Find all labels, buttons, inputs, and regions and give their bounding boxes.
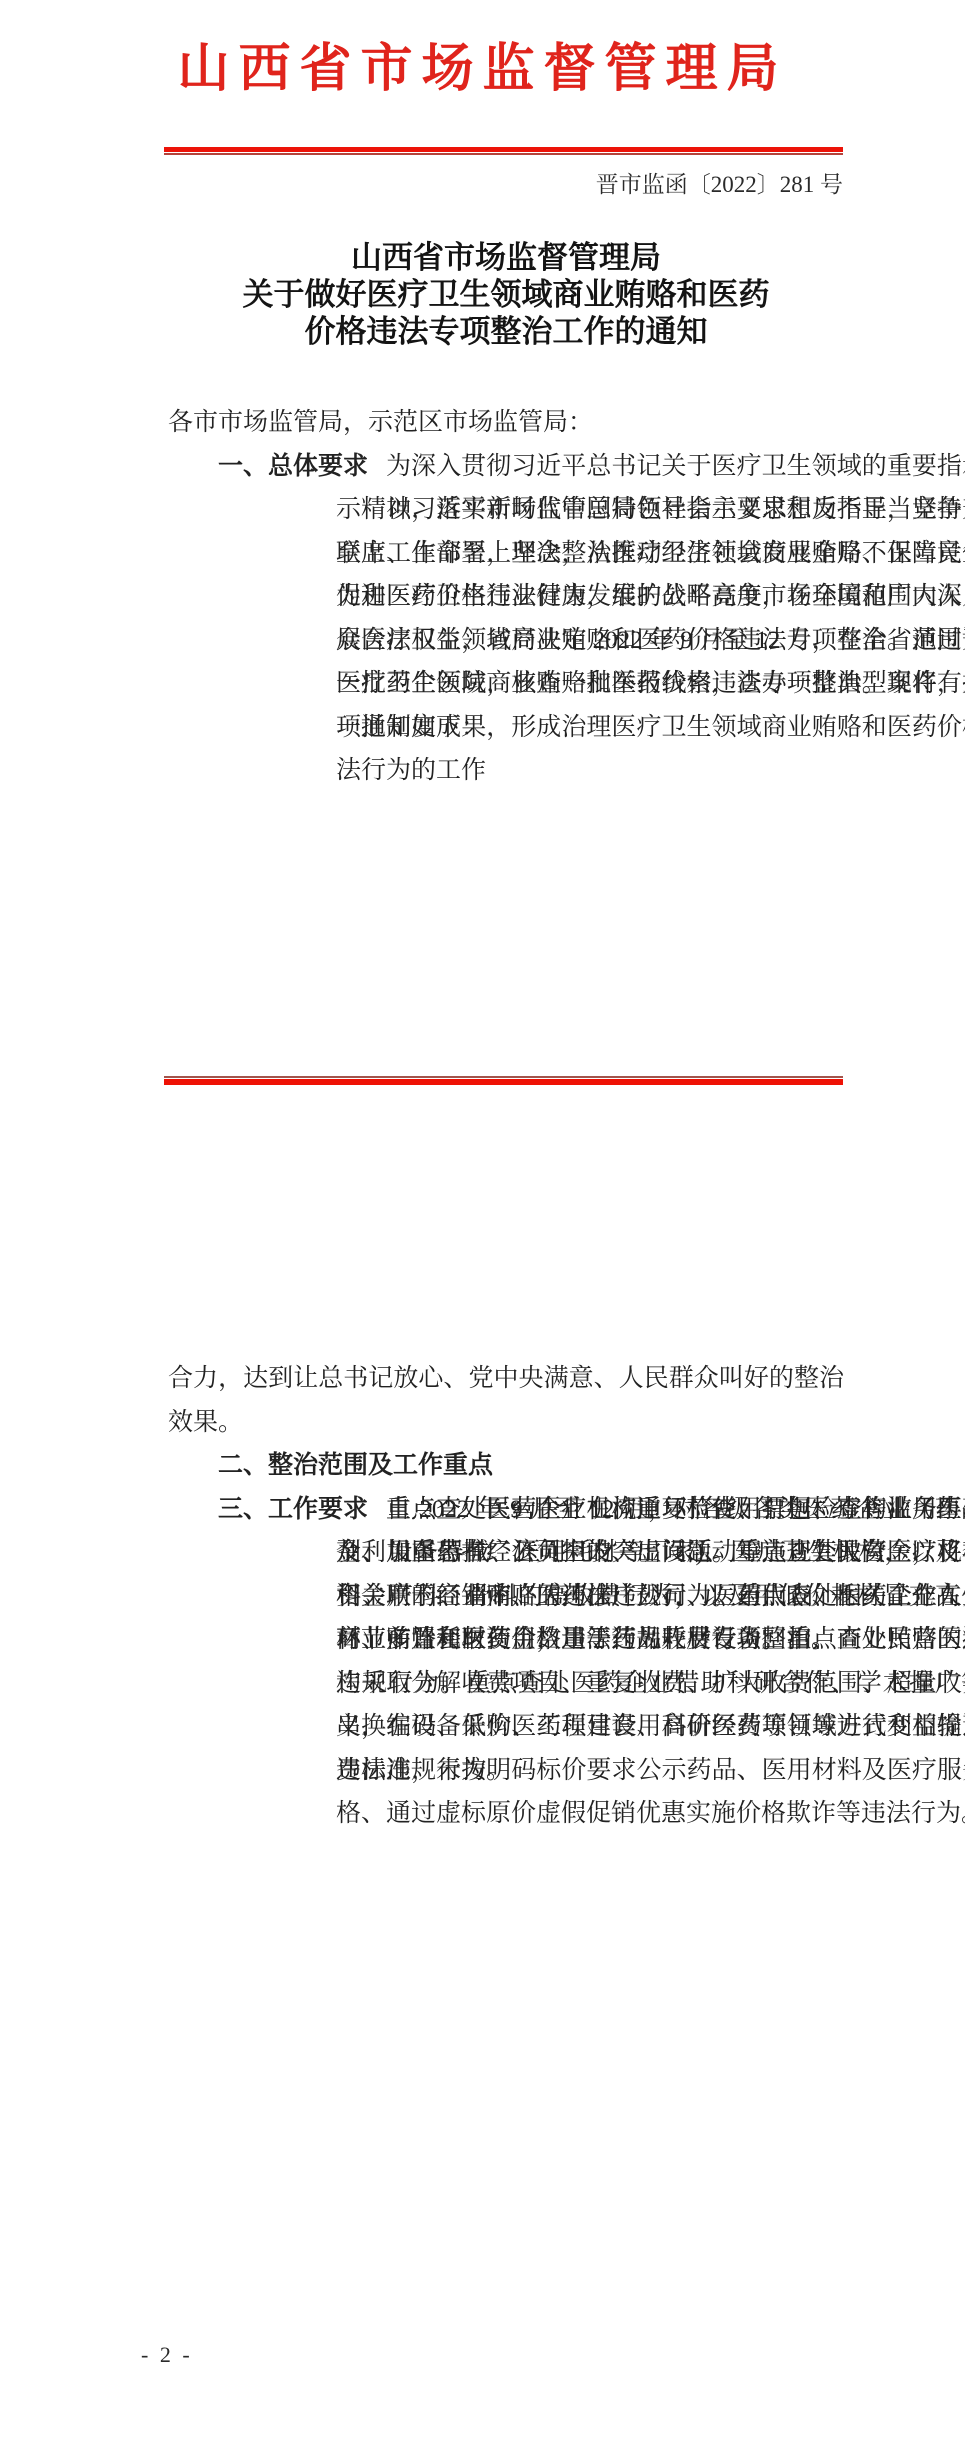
- page-break-thin-bar: [164, 1076, 843, 1078]
- section-heading: 二、整治范围及工作重点: [168, 1444, 844, 1488]
- page-break-line: [164, 1076, 843, 1085]
- paragraph: 合力，达到让总书记放心、党中央满意、人民群众叫好的整治效果。: [168, 1357, 844, 1444]
- letterhead-title: 山西省市场监督管理局: [0, 26, 965, 101]
- letterhead-divider-thin-bar: [164, 153, 843, 155]
- letterhead-divider-thick-bar: [164, 147, 843, 152]
- page2-body: 合力，达到让总书记放心、党中央满意、人民群众叫好的整治效果。二、整治范围及工作重…: [168, 1357, 844, 1531]
- notice-title-line-2: 关于做好医疗卫生领域商业贿赂和医药: [146, 276, 866, 313]
- page-break-thick-bar: [164, 1079, 843, 1085]
- document-page: 山西省市场监督管理局 晋市监函〔2022〕281 号 山西省市场监督管理局 关于…: [0, 0, 965, 2463]
- paragraph: 重点查处民营医疗机构重复检查、打包检查等滥用医保基金、加重患者经济负担的突出问题…: [336, 1488, 965, 1836]
- letterhead-divider-line: [164, 147, 843, 155]
- notice-title-line-3: 价格违法专项整治工作的通知: [146, 313, 866, 350]
- document-number: 晋市监函〔2022〕281 号: [168, 166, 843, 199]
- salutation: 各市市场监管局，示范区市场监管局：: [168, 401, 844, 445]
- notice-title-line-1: 山西省市场监督管理局: [146, 239, 866, 276]
- page-number: - 2 -: [141, 2342, 193, 2368]
- paragraph: 以习近平新时代中国特色社会主义思想为指导，坚持人民至上、生命至上理念，从推动经济…: [336, 488, 965, 793]
- page1-body: 各市市场监管局，示范区市场监管局： 为深入贯彻习近平总书记关于医疗卫生领域的重要…: [168, 401, 844, 488]
- notice-title: 山西省市场监督管理局 关于做好医疗卫生领域商业贿赂和医药 价格违法专项整治工作的…: [146, 239, 866, 350]
